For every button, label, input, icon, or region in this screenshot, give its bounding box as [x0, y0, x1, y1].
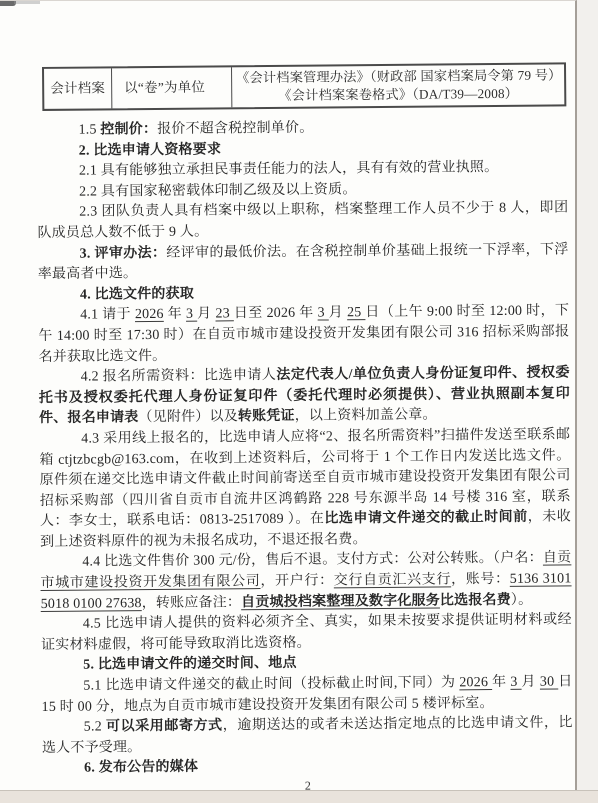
text-segment: 年 [492, 675, 510, 690]
text-segment: 3. 评审办法： [80, 245, 167, 261]
text-segment: 5.1 比选申请文件递交的截止时间（投标截止时间,下同）为 [83, 675, 459, 693]
paragraph: 4.1 请于 2026 年 3 月 23 日至 2026 年 3 月 25 日（… [38, 302, 570, 368]
standard-line-2: 《会计档案案卷格式》（DA/T39—2008） [278, 85, 518, 105]
text-segment: 控制价： [100, 122, 157, 137]
text-segment: 比选申请文件递交的截止时间前 [324, 510, 527, 527]
scanner-background-band [0, 790, 598, 803]
text-segment: 3 [186, 307, 197, 322]
text-segment: 6. 发布公告的媒体 [84, 760, 198, 776]
text-segment: 2026 [135, 307, 164, 322]
text-segment: 转账凭证 [238, 409, 295, 424]
text-segment: 比选报名费 [440, 593, 511, 609]
document-page: 会计档案 以“卷”为单位 《会计档案管理办法》（财政部 国家档案局令第 79 号… [0, 0, 577, 791]
text-segment: 1.5 [78, 122, 100, 137]
text-segment: ，转账应备注： [142, 595, 242, 611]
text-segment: 3 [318, 306, 329, 321]
text-segment: 3 [510, 675, 521, 690]
text-segment: 4.1 请于 [80, 307, 135, 322]
text-segment: 2.3 团队负责人具有档案中级以上职称，档案整理工作人员不少于 8 人，即团队成… [37, 201, 568, 241]
table-cell-archive-type: 会计档案 [44, 68, 111, 109]
text-segment: 2.2 具有国家秘密载体印制乙级及以上资质。 [79, 182, 357, 199]
table-cell-standards: 《会计档案管理办法》（财政部 国家档案局令第 79 号） 《会计档案案卷格式》（… [231, 64, 564, 107]
text-segment: 日至 2026 年 [234, 306, 318, 322]
paragraph: 5.2 可以采用邮寄方式，逾期送达的或者未送达指定地点的比选申请文件，比选人不予… [42, 714, 573, 760]
paragraph: 4.5 比选申请人提供的资料必须齐全、真实，如果未按要求提供证明材料或经证实材料… [41, 611, 572, 657]
scanned-document-view: 会计档案 以“卷”为单位 《会计档案管理办法》（财政部 国家档案局令第 79 号… [0, 0, 598, 803]
paragraph: 2.3 团队负责人具有档案中级以上职称，档案整理工作人员不少于 8 人，即团队成… [37, 199, 568, 245]
text-segment: 年 [164, 307, 186, 322]
document-body: 1.5 控制价：报价不超含税控制单价。2. 比选申请人资格要求2.1 具有能够独… [36, 116, 573, 780]
text-segment: 4.4 比选文件售价 300 元/份，售后不退。支付方式：公对公转账。（户名： [82, 551, 543, 570]
text-segment: 月 [521, 675, 539, 690]
text-segment: 30 [540, 674, 558, 689]
page-content: 会计档案 以“卷”为单位 《会计档案管理办法》（财政部 国家档案局令第 79 号… [36, 62, 573, 796]
archive-type-label: 会计档案 [50, 79, 105, 97]
text-segment: 2.1 具有能够独立承担民事责任能力的法人，具有有效的营业执照。 [79, 160, 499, 179]
text-segment: 月 [197, 307, 215, 322]
text-segment: 23 [215, 307, 233, 322]
text-segment: ，以上资料加盖公章。 [295, 408, 437, 424]
text-segment: 5.2 [84, 720, 106, 735]
text-segment: 可以采用邮寄方式 [106, 719, 223, 735]
paragraph: 4.3 采用线上报名的，比选申请人应将“2、报名所需资料”扫描件发送至联系邮箱 … [39, 425, 571, 553]
text-segment: ）。 [511, 592, 533, 607]
text-segment: 4.5 比选申请人提供的资料必须齐全、真实，如果未按要求提供证明材料或经证实材料… [41, 613, 572, 653]
text-segment: 25 [347, 305, 365, 320]
text-segment: 5. 比选申请文件的递交时间、地点 [83, 656, 297, 673]
text-segment: 4.2 报名所需资料：比选申请人 [81, 368, 277, 385]
text-segment: 4. 比选文件的获取 [80, 286, 194, 302]
scan-smudge-artifact [14, 1, 40, 4]
text-segment: 月 [329, 306, 347, 321]
paragraph: 3. 评审办法：经评审的最低价法。在含税控制单价基础上报统一下浮率，下浮率最高者… [38, 240, 569, 286]
text-segment: 自贡城投档案整理及数字化服务 [241, 593, 440, 610]
text-segment: ，开户行： [260, 573, 333, 589]
archive-type-table: 会计档案 以“卷”为单位 《会计档案管理办法》（财政部 国家档案局令第 79 号… [42, 62, 566, 111]
unit-label: 以“卷”为单位 [124, 79, 205, 98]
paragraph: 5.1 比选申请文件递交的截止时间（投标截止时间,下同）为 2026 年 3 月… [41, 672, 572, 718]
text-segment: 2. 比选申请人资格要求 [79, 142, 222, 158]
text-segment: 报价不超含税控制单价。 [157, 121, 313, 137]
paragraph: 4.2 报名所需资料：比选申请人法定代表人/单位负责人身份证复印件、授权委托书及… [39, 363, 571, 429]
paragraph: 4.4 比选文件售价 300 元/份，售后不退。支付方式：公对公转账。（户名：自… [40, 549, 572, 615]
table-cell-unit: 以“卷”为单位 [111, 67, 231, 108]
text-segment: （见附件）以及 [138, 410, 238, 426]
text-segment: ，账号： [451, 572, 510, 588]
text-segment: 交行自贡汇兴支行 [334, 572, 451, 588]
text-segment: 2026 [459, 675, 492, 690]
